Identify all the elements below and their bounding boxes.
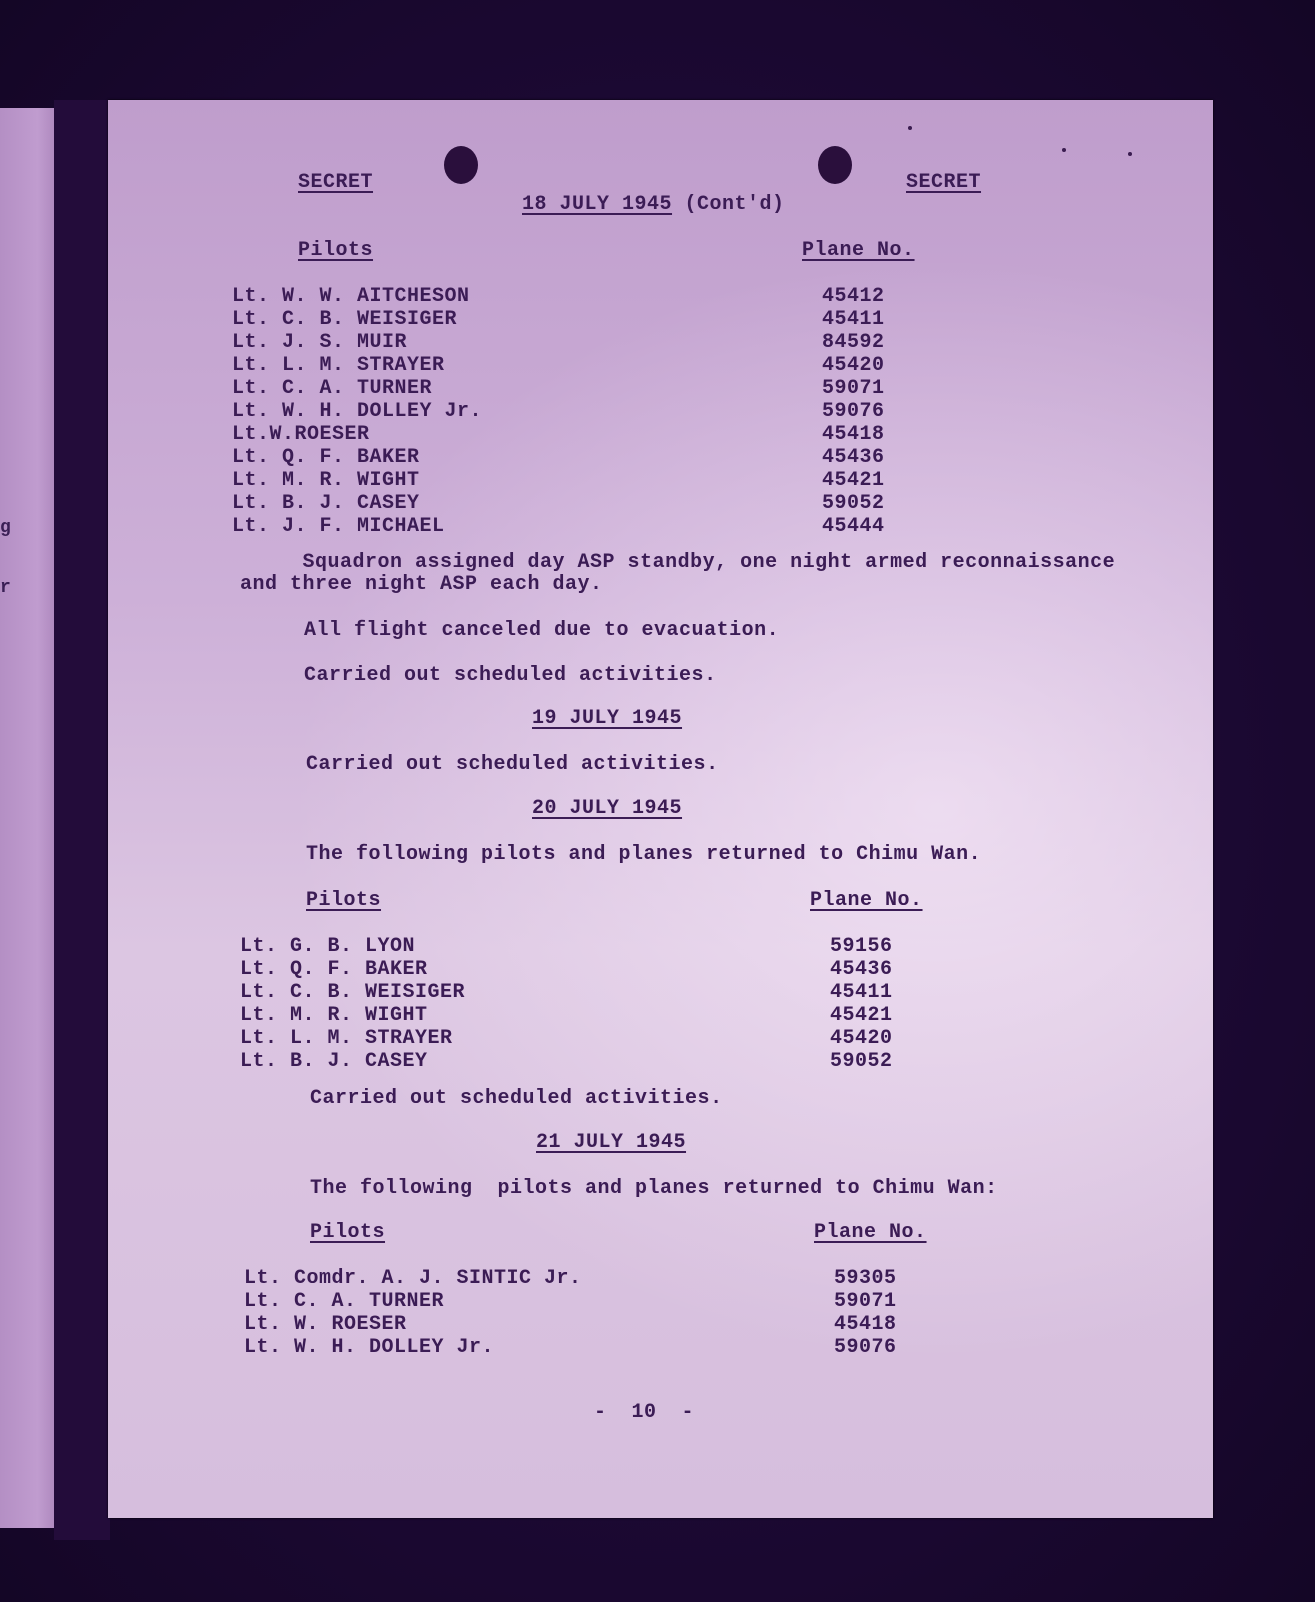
classification-left: SECRET <box>298 172 373 194</box>
table-row: Lt. W. H. DOLLEY Jr.59076 <box>244 1337 897 1360</box>
plane-number: 45418 <box>822 424 885 447</box>
paragraph-scheduled-activities: Carried out scheduled activities. <box>310 1088 723 1110</box>
pilot-name: Lt. J. S. MUIR <box>232 332 822 355</box>
pilot-name: Lt. C. B. WEISIGER <box>240 982 830 1005</box>
pilot-name: Lt. W. W. AITCHESON <box>232 286 822 309</box>
table-row: Lt. B. J. CASEY59052 <box>232 493 885 516</box>
plane-number: 45436 <box>830 959 893 982</box>
plane-column-header: Plane No. <box>810 890 923 912</box>
plane-number: 59076 <box>822 401 885 424</box>
film-frame-separator <box>54 100 110 1540</box>
date-heading-19-july: 19 JULY 1945 <box>532 708 682 730</box>
table-row: Lt. B. J. CASEY59052 <box>240 1051 893 1074</box>
pilot-plane-list-18-july: Lt. W. W. AITCHESON45412Lt. C. B. WEISIG… <box>232 286 885 539</box>
pilot-name: Lt. B. J. CASEY <box>240 1051 830 1074</box>
page-number: - 10 - <box>594 1402 694 1424</box>
plane-number: 59076 <box>834 1337 897 1360</box>
plane-number: 59156 <box>830 936 893 959</box>
plane-number: 45420 <box>830 1028 893 1051</box>
pilot-name: Lt. L. M. STRAYER <box>240 1028 830 1051</box>
plane-number: 59071 <box>834 1291 897 1314</box>
table-row: Lt.W.ROESER45418 <box>232 424 885 447</box>
plane-number: 45418 <box>834 1314 897 1337</box>
plane-number: 45436 <box>822 447 885 470</box>
paragraph-squadron-assignment: Squadron assigned day ASP standby, one n… <box>240 552 1115 596</box>
punch-hole-icon <box>444 146 478 184</box>
paragraph-flights-canceled: All flight canceled due to evacuation. <box>304 620 779 642</box>
pilot-plane-list-21-july: Lt. Comdr. A. J. SINTIC Jr.59305Lt. C. A… <box>244 1268 897 1360</box>
paragraph-pilots-returned: The following pilots and planes returned… <box>310 1178 998 1200</box>
plane-number: 84592 <box>822 332 885 355</box>
plane-number: 45411 <box>830 982 893 1005</box>
plane-number: 59305 <box>834 1268 897 1291</box>
plane-number: 45420 <box>822 355 885 378</box>
paragraph-pilots-returned: The following pilots and planes returned… <box>306 844 981 866</box>
paragraph-scheduled-activities: Carried out scheduled activities. <box>304 665 717 687</box>
pilot-name: Lt. M. R. WIGHT <box>240 1005 830 1028</box>
paragraph-scheduled-activities: Carried out scheduled activities. <box>306 754 719 776</box>
pilot-name: Lt. W. H. DOLLEY Jr. <box>232 401 822 424</box>
table-row: Lt. C. A. TURNER59071 <box>232 378 885 401</box>
punch-hole-icon <box>818 146 852 184</box>
pilot-name: Lt. G. B. LYON <box>240 936 830 959</box>
pilot-name: Lt. C. A. TURNER <box>232 378 822 401</box>
pilot-name: Lt. C. B. WEISIGER <box>232 309 822 332</box>
table-row: Lt. J. S. MUIR84592 <box>232 332 885 355</box>
pilot-name: Lt. Comdr. A. J. SINTIC Jr. <box>244 1268 834 1291</box>
table-row: Lt. Q. F. BAKER45436 <box>232 447 885 470</box>
speck <box>1128 152 1132 156</box>
pilot-name: Lt. L. M. STRAYER <box>232 355 822 378</box>
plane-number: 45421 <box>830 1005 893 1028</box>
section-date-18-july: 18 JULY 1945 (Cont'd) <box>522 194 785 216</box>
pilots-column-header: Pilots <box>310 1222 385 1244</box>
pilot-name: Lt. W. H. DOLLEY Jr. <box>244 1337 834 1360</box>
speck <box>1062 148 1066 152</box>
pilots-column-header: Pilots <box>306 890 381 912</box>
date-heading: 18 JULY 1945 <box>522 193 672 216</box>
table-row: Lt. W. W. AITCHESON45412 <box>232 286 885 309</box>
table-row: Lt. C. B. WEISIGER45411 <box>232 309 885 332</box>
adjacent-page-fragment: g <box>0 518 11 538</box>
plane-number: 59052 <box>822 493 885 516</box>
table-row: Lt. Comdr. A. J. SINTIC Jr.59305 <box>244 1268 897 1291</box>
classification-right: SECRET <box>906 172 981 194</box>
table-row: Lt. M. R. WIGHT45421 <box>232 470 885 493</box>
plane-column-header: Plane No. <box>802 240 915 262</box>
table-row: Lt. C. A. TURNER59071 <box>244 1291 897 1314</box>
document-page: SECRET SECRET 18 JULY 1945 (Cont'd) Pilo… <box>108 100 1213 1518</box>
table-row: Lt. M. R. WIGHT45421 <box>240 1005 893 1028</box>
table-row: Lt. L. M. STRAYER45420 <box>232 355 885 378</box>
pilot-name: Lt. Q. F. BAKER <box>240 959 830 982</box>
pilots-column-header: Pilots <box>298 240 373 262</box>
adjacent-page-fragment: r <box>0 578 11 598</box>
table-row: Lt. J. F. MICHAEL45444 <box>232 516 885 539</box>
pilot-name: Lt. W. ROESER <box>244 1314 834 1337</box>
pilot-name: Lt. M. R. WIGHT <box>232 470 822 493</box>
plane-number: 45421 <box>822 470 885 493</box>
pilot-plane-list-20-july: Lt. G. B. LYON59156Lt. Q. F. BAKER45436L… <box>240 936 893 1074</box>
plane-number: 59052 <box>830 1051 893 1074</box>
pilot-name: Lt. J. F. MICHAEL <box>232 516 822 539</box>
pilot-name: Lt. C. A. TURNER <box>244 1291 834 1314</box>
plane-number: 45412 <box>822 286 885 309</box>
pilot-name: Lt.W.ROESER <box>232 424 822 447</box>
date-heading-21-july: 21 JULY 1945 <box>536 1132 686 1154</box>
pilot-name: Lt. Q. F. BAKER <box>232 447 822 470</box>
table-row: Lt. L. M. STRAYER45420 <box>240 1028 893 1051</box>
table-row: Lt. W. ROESER45418 <box>244 1314 897 1337</box>
plane-number: 59071 <box>822 378 885 401</box>
table-row: Lt. C. B. WEISIGER45411 <box>240 982 893 1005</box>
table-row: Lt. G. B. LYON59156 <box>240 936 893 959</box>
date-heading-20-july: 20 JULY 1945 <box>532 798 682 820</box>
speck <box>908 126 912 130</box>
adjacent-page-edge: g r <box>0 108 54 1528</box>
table-row: Lt. Q. F. BAKER45436 <box>240 959 893 982</box>
plane-number: 45444 <box>822 516 885 539</box>
date-suffix: (Cont'd) <box>685 193 785 216</box>
plane-number: 45411 <box>822 309 885 332</box>
plane-column-header: Plane No. <box>814 1222 927 1244</box>
pilot-name: Lt. B. J. CASEY <box>232 493 822 516</box>
table-row: Lt. W. H. DOLLEY Jr.59076 <box>232 401 885 424</box>
